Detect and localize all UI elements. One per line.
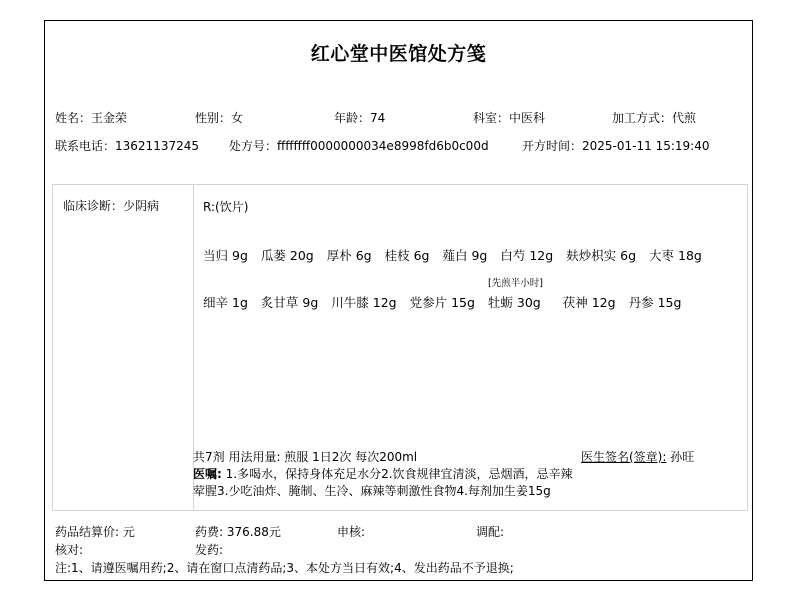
name-value: 王金荣 bbox=[91, 111, 127, 125]
diagnosis-value: 少阴病 bbox=[123, 199, 159, 213]
age-label: 年龄： bbox=[334, 111, 370, 125]
rx-time-value: 2025-01-11 15:19:40 bbox=[582, 139, 709, 153]
patient-age: 年龄：74 bbox=[334, 109, 385, 126]
diagnosis: 临床诊断：少阴病 bbox=[63, 197, 159, 214]
processing-method: 加工方式：代煎 bbox=[612, 109, 696, 126]
department: 科室：中医科 bbox=[473, 109, 545, 126]
herb-item: 大枣 18g bbox=[649, 248, 702, 263]
gender-label: 性别： bbox=[195, 111, 231, 125]
herb-item: 丹参 15g bbox=[629, 295, 682, 310]
settlement-price: 药品结算价: 元 bbox=[55, 523, 135, 540]
age-value: 74 bbox=[370, 111, 385, 125]
herb-line-1: 当归 9g 瓜蒌 20g 厚朴 6g 桂枝 6g 薤白 9g 白芍 12g 麸炒… bbox=[203, 246, 711, 264]
patient-phone: 联系电话：13621137245 bbox=[55, 137, 199, 154]
review-field: 申核: bbox=[337, 523, 365, 540]
name-label: 姓名： bbox=[55, 111, 91, 125]
doctor-signature: 医生签名(签章): 孙旺 bbox=[581, 448, 694, 465]
advice-text: 1.多喝水，保持身体充足水分2.饮食规律宜清淡，忌烟酒，忌辛辣荤腥3.少吃油炸、… bbox=[193, 467, 573, 498]
doctor-name: 孙旺 bbox=[670, 450, 694, 464]
dispense-field: 调配: bbox=[476, 523, 504, 540]
herb-item: 牡蛎 30g bbox=[488, 295, 541, 310]
herb-item: 厚朴 6g bbox=[327, 248, 372, 263]
gender-value: 女 bbox=[231, 111, 243, 125]
rx-no-value: ffffffff0000000034e8998fd6b0c00d bbox=[277, 139, 489, 153]
department-label: 科室： bbox=[473, 111, 509, 125]
patient-gender: 性别：女 bbox=[195, 109, 243, 126]
herb-item: 细辛 1g bbox=[203, 295, 248, 310]
herb-note-decoct-first: [先煎半小时] bbox=[488, 275, 543, 289]
issue-field: 发药: bbox=[195, 541, 223, 558]
prescription-number: 处方号：ffffffff0000000034e8998fd6b0c00d bbox=[229, 137, 489, 154]
herb-line-2: 细辛 1g 炙甘草 9g 川牛膝 12g 党参片 15g 牡蛎 30g 茯神 1… bbox=[203, 293, 690, 311]
herb-item: 茯神 12g bbox=[563, 295, 616, 310]
herb-item: 炙甘草 9g bbox=[261, 295, 318, 310]
herb-item: 瓜蒌 20g bbox=[261, 248, 314, 263]
rx-header: R:(饮片) bbox=[203, 198, 248, 215]
diagnosis-label: 临床诊断： bbox=[63, 199, 123, 213]
check-field: 核对: bbox=[55, 541, 83, 558]
herb-item: 当归 9g bbox=[203, 248, 248, 263]
footer-notes: 注:1、请遵医嘱用药;2、请在窗口点清药品;3、本处方当日有效;4、发出药品不予… bbox=[55, 559, 514, 576]
advice-label: 医嘱: bbox=[193, 467, 222, 481]
prescription-time: 开方时间：2025-01-11 15:19:40 bbox=[522, 137, 709, 154]
usage-dosage: 共7剂 用法用量: 煎服 1日2次 每次200ml bbox=[193, 448, 417, 465]
doctor-signature-label: 医生签名(签章): bbox=[581, 450, 666, 464]
processing-label: 加工方式： bbox=[612, 111, 672, 125]
patient-name: 姓名：王金荣 bbox=[55, 109, 127, 126]
rx-time-label: 开方时间： bbox=[522, 139, 582, 153]
drug-fee: 药费: 376.88元 bbox=[195, 523, 281, 540]
herb-item: 川牛膝 12g bbox=[331, 295, 396, 310]
prescription-sheet: 红心堂中医馆处方笺 姓名：王金荣 性别：女 年龄：74 科室：中医科 加工方式：… bbox=[44, 20, 753, 581]
phone-value: 13621137245 bbox=[115, 139, 199, 153]
phone-label: 联系电话： bbox=[55, 139, 115, 153]
page-title: 红心堂中医馆处方笺 bbox=[45, 39, 752, 66]
fee-value: 376.88元 bbox=[227, 525, 281, 539]
department-value: 中医科 bbox=[509, 111, 545, 125]
rx-no-label: 处方号： bbox=[229, 139, 277, 153]
herb-item: 党参片 15g bbox=[410, 295, 475, 310]
fee-label: 药费: bbox=[195, 525, 227, 539]
prescription-box: 临床诊断：少阴病 R:(饮片) 当归 9g 瓜蒌 20g 厚朴 6g 桂枝 6g… bbox=[52, 184, 748, 511]
herb-item: 白芍 12g bbox=[500, 248, 553, 263]
herb-item: 麸炒枳实 6g bbox=[566, 248, 636, 263]
medical-advice: 医嘱: 1.多喝水，保持身体充足水分2.饮食规律宜清淡，忌烟酒，忌辛辣荤腥3.少… bbox=[193, 466, 578, 500]
processing-value: 代煎 bbox=[672, 111, 696, 125]
herb-item: 薤白 9g bbox=[442, 248, 487, 263]
herb-item: 桂枝 6g bbox=[385, 248, 430, 263]
